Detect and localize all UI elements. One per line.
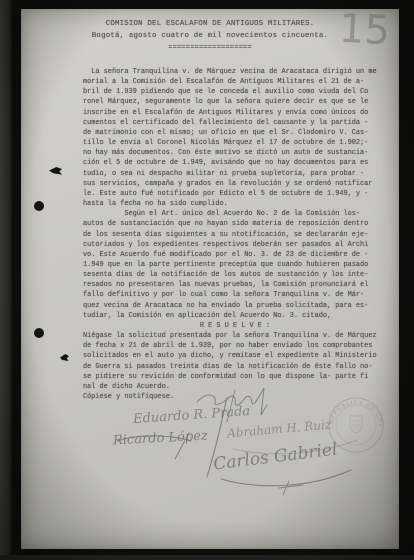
ink-mark [34, 201, 44, 211]
text-line: tillo le envía al Coronel Nicolás Márque… [83, 138, 387, 148]
text-line: quez vecina de Aracataca no ha enviado l… [83, 301, 387, 311]
signature-1: Eduardo R. Prada [133, 404, 251, 427]
text-line: ción el 5 de octubre de 1.949, avisándo … [83, 158, 387, 168]
text-line: nal de dicho Acuerdo. [83, 382, 387, 392]
document-body: La señora Tranquilina v. de Márquez veci… [83, 67, 387, 402]
text-line: hasta la fecha no ha sido cumplido. [83, 199, 387, 209]
signature-2: Ricardo López [113, 429, 208, 449]
text-line: inscribe en el Escalafón de Antiguos Mil… [83, 108, 387, 118]
paragraph-2: Según el Art. único del Acuerdo No. 2 de… [83, 209, 387, 321]
handwritten-page-number: 15 [338, 6, 391, 55]
resuelve-heading: R E S U E L V E : [83, 321, 387, 331]
text-line: de Guerra si pasados treinta días de la … [83, 362, 387, 372]
text-line: sesenta días de la notifiación de los au… [83, 270, 387, 280]
signature-3: Abraham H. Ruiz [227, 417, 332, 440]
document-page: COMISION DEL ESCALAFON DE ANTIGUOS MILIT… [21, 9, 399, 549]
text-line: tudio, o sea ni despacho militar ni prue… [83, 169, 387, 179]
text-line: 1.949 que en la parte pertinente precept… [83, 260, 387, 270]
text-line: solicitados en el auto ya dicho, y remít… [83, 351, 387, 361]
text-line: de matrimonio con el mismo; un oficio en… [83, 128, 387, 138]
text-line: de los sesenta días siguientes a su ntot… [83, 230, 387, 240]
text-line: sus servicios, campaña y grados en la re… [83, 179, 387, 189]
scan-frame-left-edge [0, 0, 12, 560]
ink-mark [60, 354, 69, 361]
scan-frame-bottom-edge [0, 555, 414, 560]
text-line: bril de 1.939 pidiendo que se le conceda… [83, 87, 387, 97]
text-line: autos de sustanciación que no hayan sido… [83, 219, 387, 229]
text-line: morial a la Comisión del Escalafón de An… [83, 77, 387, 87]
ink-mark [34, 328, 44, 338]
text-line: tudiar, la Comisión en aplicación del Ac… [83, 311, 387, 321]
signature-4: Carlos Gabriel [212, 439, 338, 474]
text-line: La señora Tranquilina v. de Márquez veci… [83, 67, 387, 77]
text-line: de fecha x 21 de abril de 1.939, por no … [83, 341, 387, 351]
paragraph-1: La señora Tranquilina v. de Márquez veci… [83, 67, 387, 209]
text-line: no hay más documentos. Con éste motivo s… [83, 148, 387, 158]
text-line: resados no presentaren las nuevas prueba… [83, 280, 387, 290]
text-line: vo. Este Acuerdo fué modificado por el N… [83, 250, 387, 260]
text-line: le. Este auto fué notificado por Edicto … [83, 189, 387, 199]
text-line: fallo definitivo y por lo cual como la s… [83, 290, 387, 300]
paragraph-3: Niégase la solicitud presentada por la s… [83, 331, 387, 392]
text-line: Niégase la solicitud presentada por la s… [83, 331, 387, 341]
scanned-document-photo: COMISION DEL ESCALAFON DE ANTIGUOS MILIT… [0, 0, 414, 560]
text-line: cutoriados y los expedientes respectivos… [83, 240, 387, 250]
text-line: se pidiere su revición de conformidad co… [83, 372, 387, 382]
text-line: Según el Art. único del Acuerdo No. 2 de… [83, 209, 387, 219]
ink-mark [49, 167, 62, 175]
closing-line: Cópiese y notifíquese. [83, 392, 387, 402]
text-line: cumentos el certificado del fallecimient… [83, 118, 387, 128]
text-line: ronel Márquez, seguramente lo que la señ… [83, 97, 387, 107]
republic-seal-stamp: REPUBLICA DE COLOMBIA [325, 394, 387, 456]
